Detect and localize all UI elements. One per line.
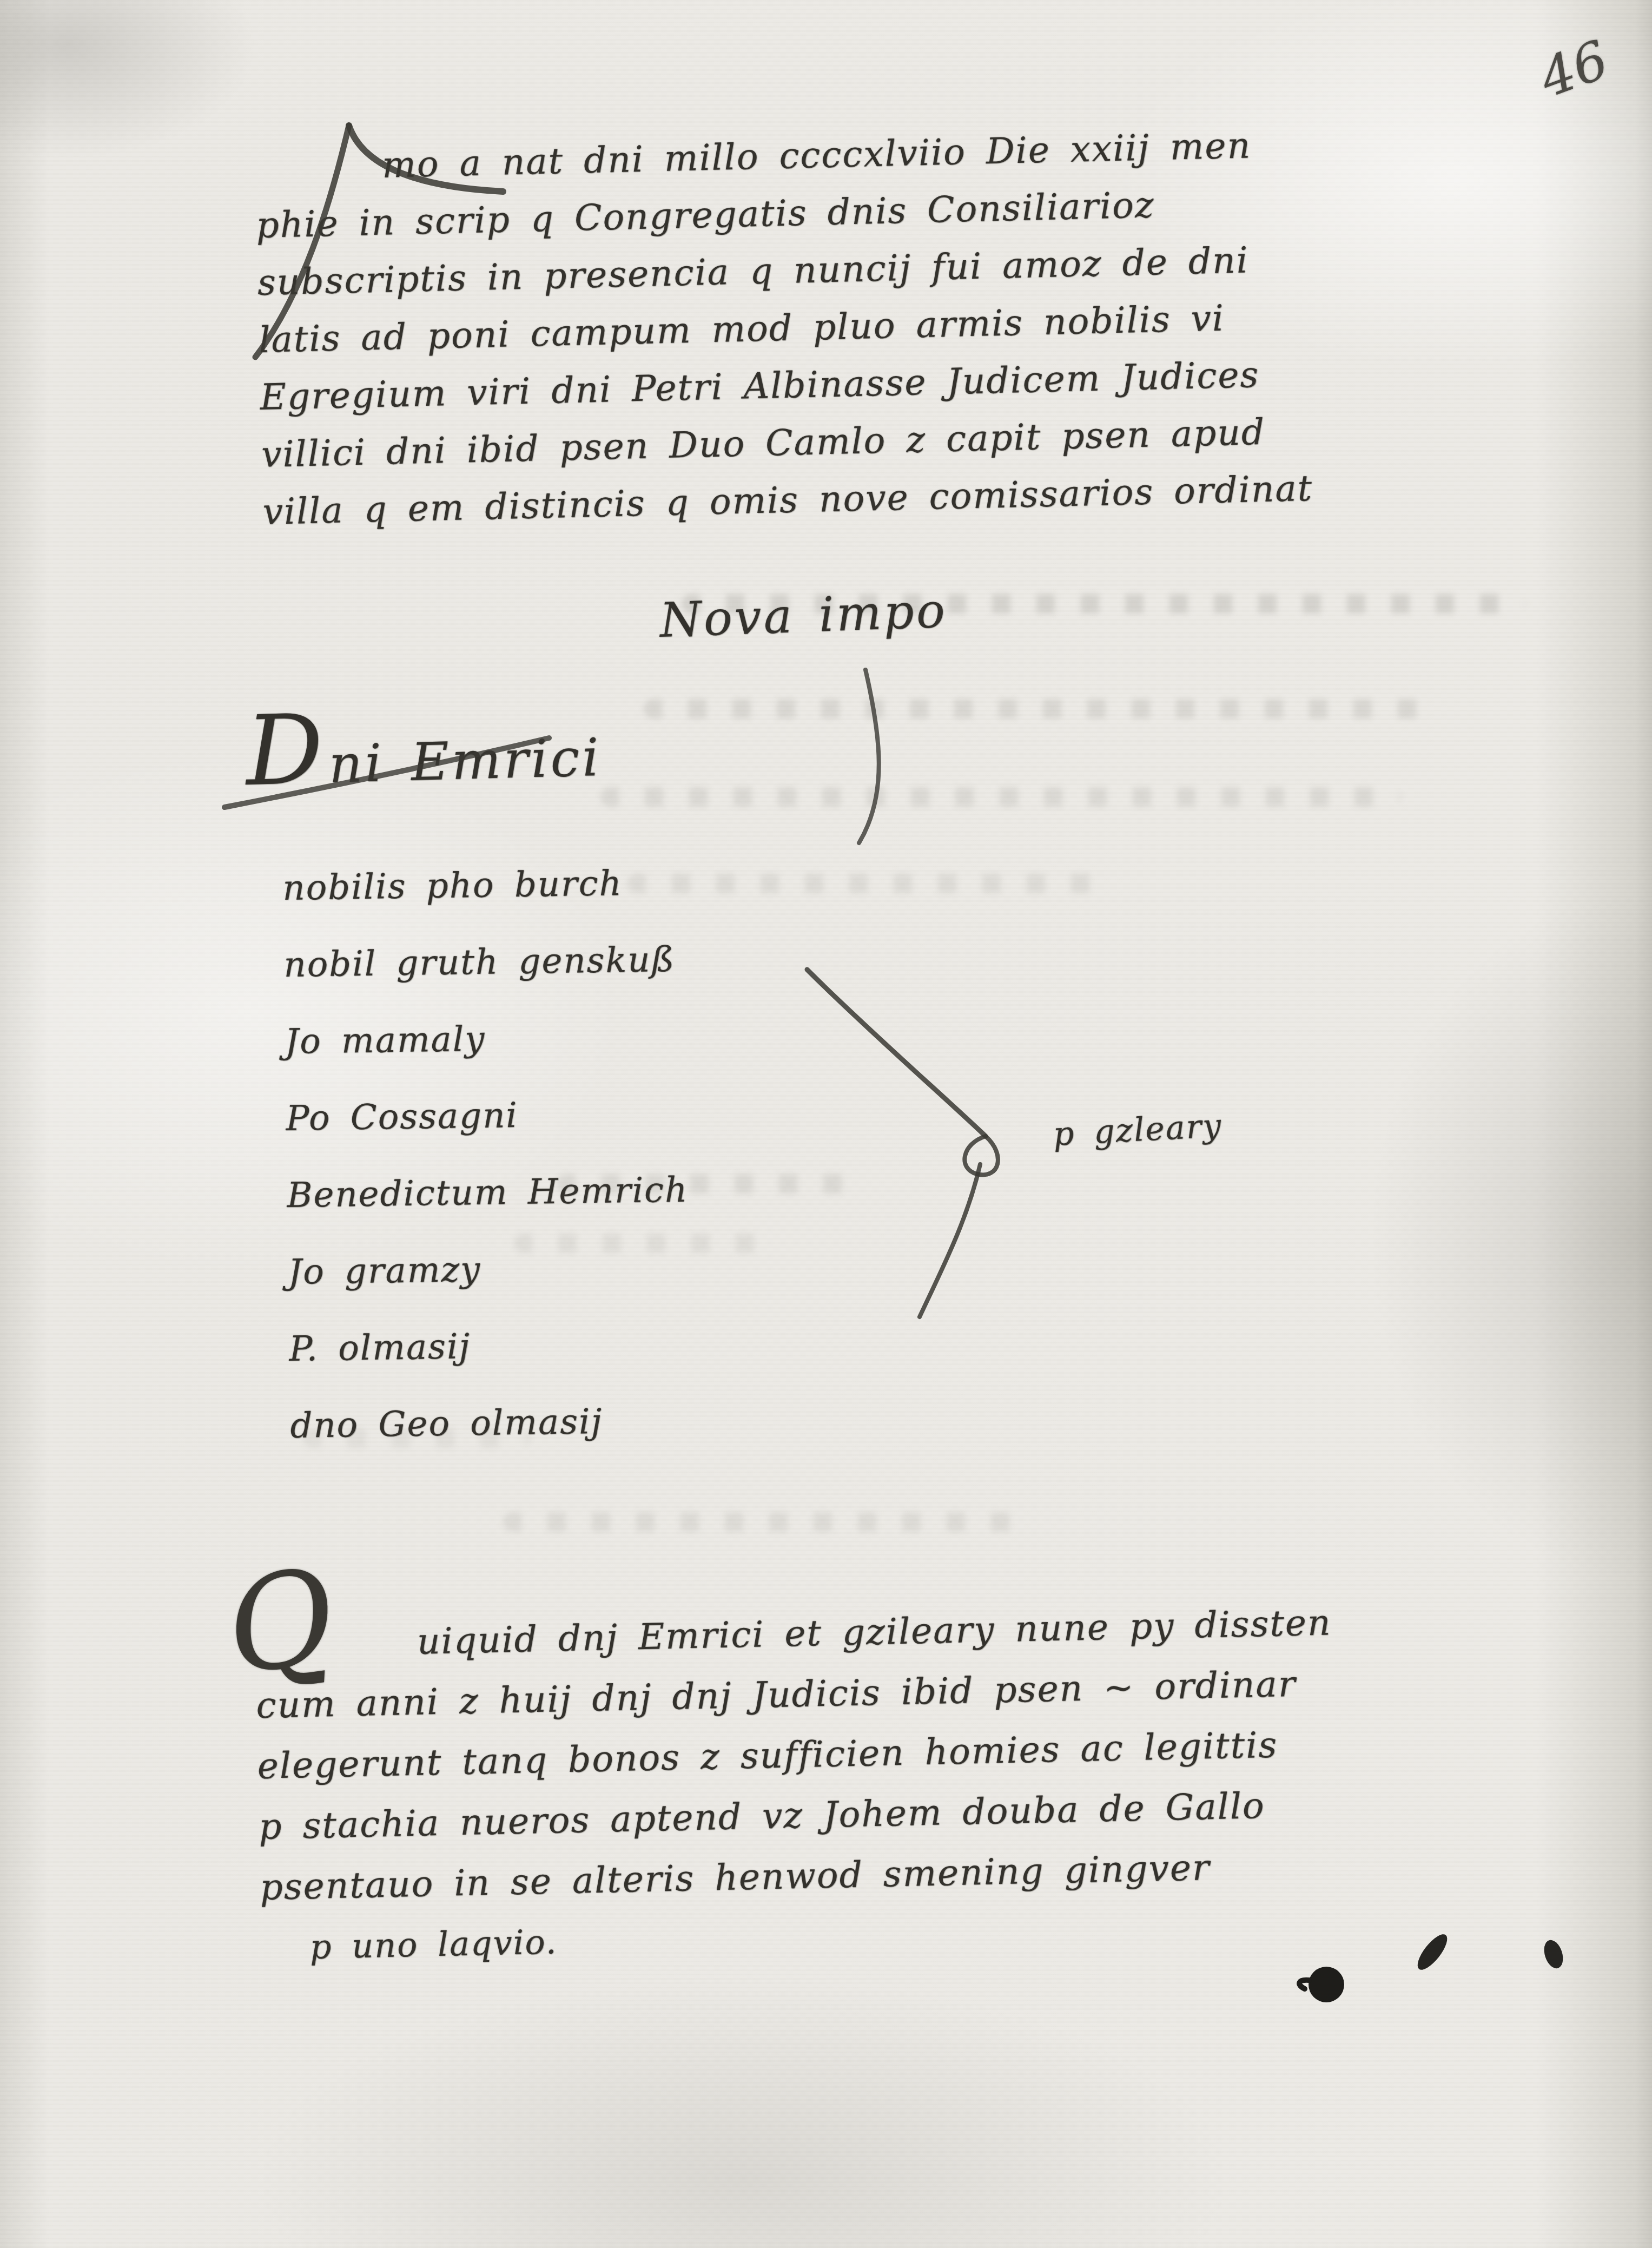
- pen-strokes-overlay: [0, 0, 1652, 2248]
- list-brace-lower-stroke: [920, 1164, 980, 1317]
- opening-flourish-stroke: [255, 126, 349, 357]
- ink-blot-tail: [1299, 1980, 1309, 1989]
- opening-flourish-hook: [349, 126, 503, 192]
- subheading-cross-stroke: [224, 738, 549, 807]
- manuscript-page: 46 mo a nat dni millo ccccxlviio Die xxi…: [0, 0, 1652, 2248]
- heading-descender-stroke: [859, 670, 879, 843]
- ink-blot: [1309, 1967, 1344, 2002]
- ink-comma: [1541, 1937, 1566, 1970]
- list-brace-loop: [964, 1136, 998, 1175]
- ink-dash: [1413, 1930, 1452, 1974]
- list-brace-upper-stroke: [807, 970, 986, 1136]
